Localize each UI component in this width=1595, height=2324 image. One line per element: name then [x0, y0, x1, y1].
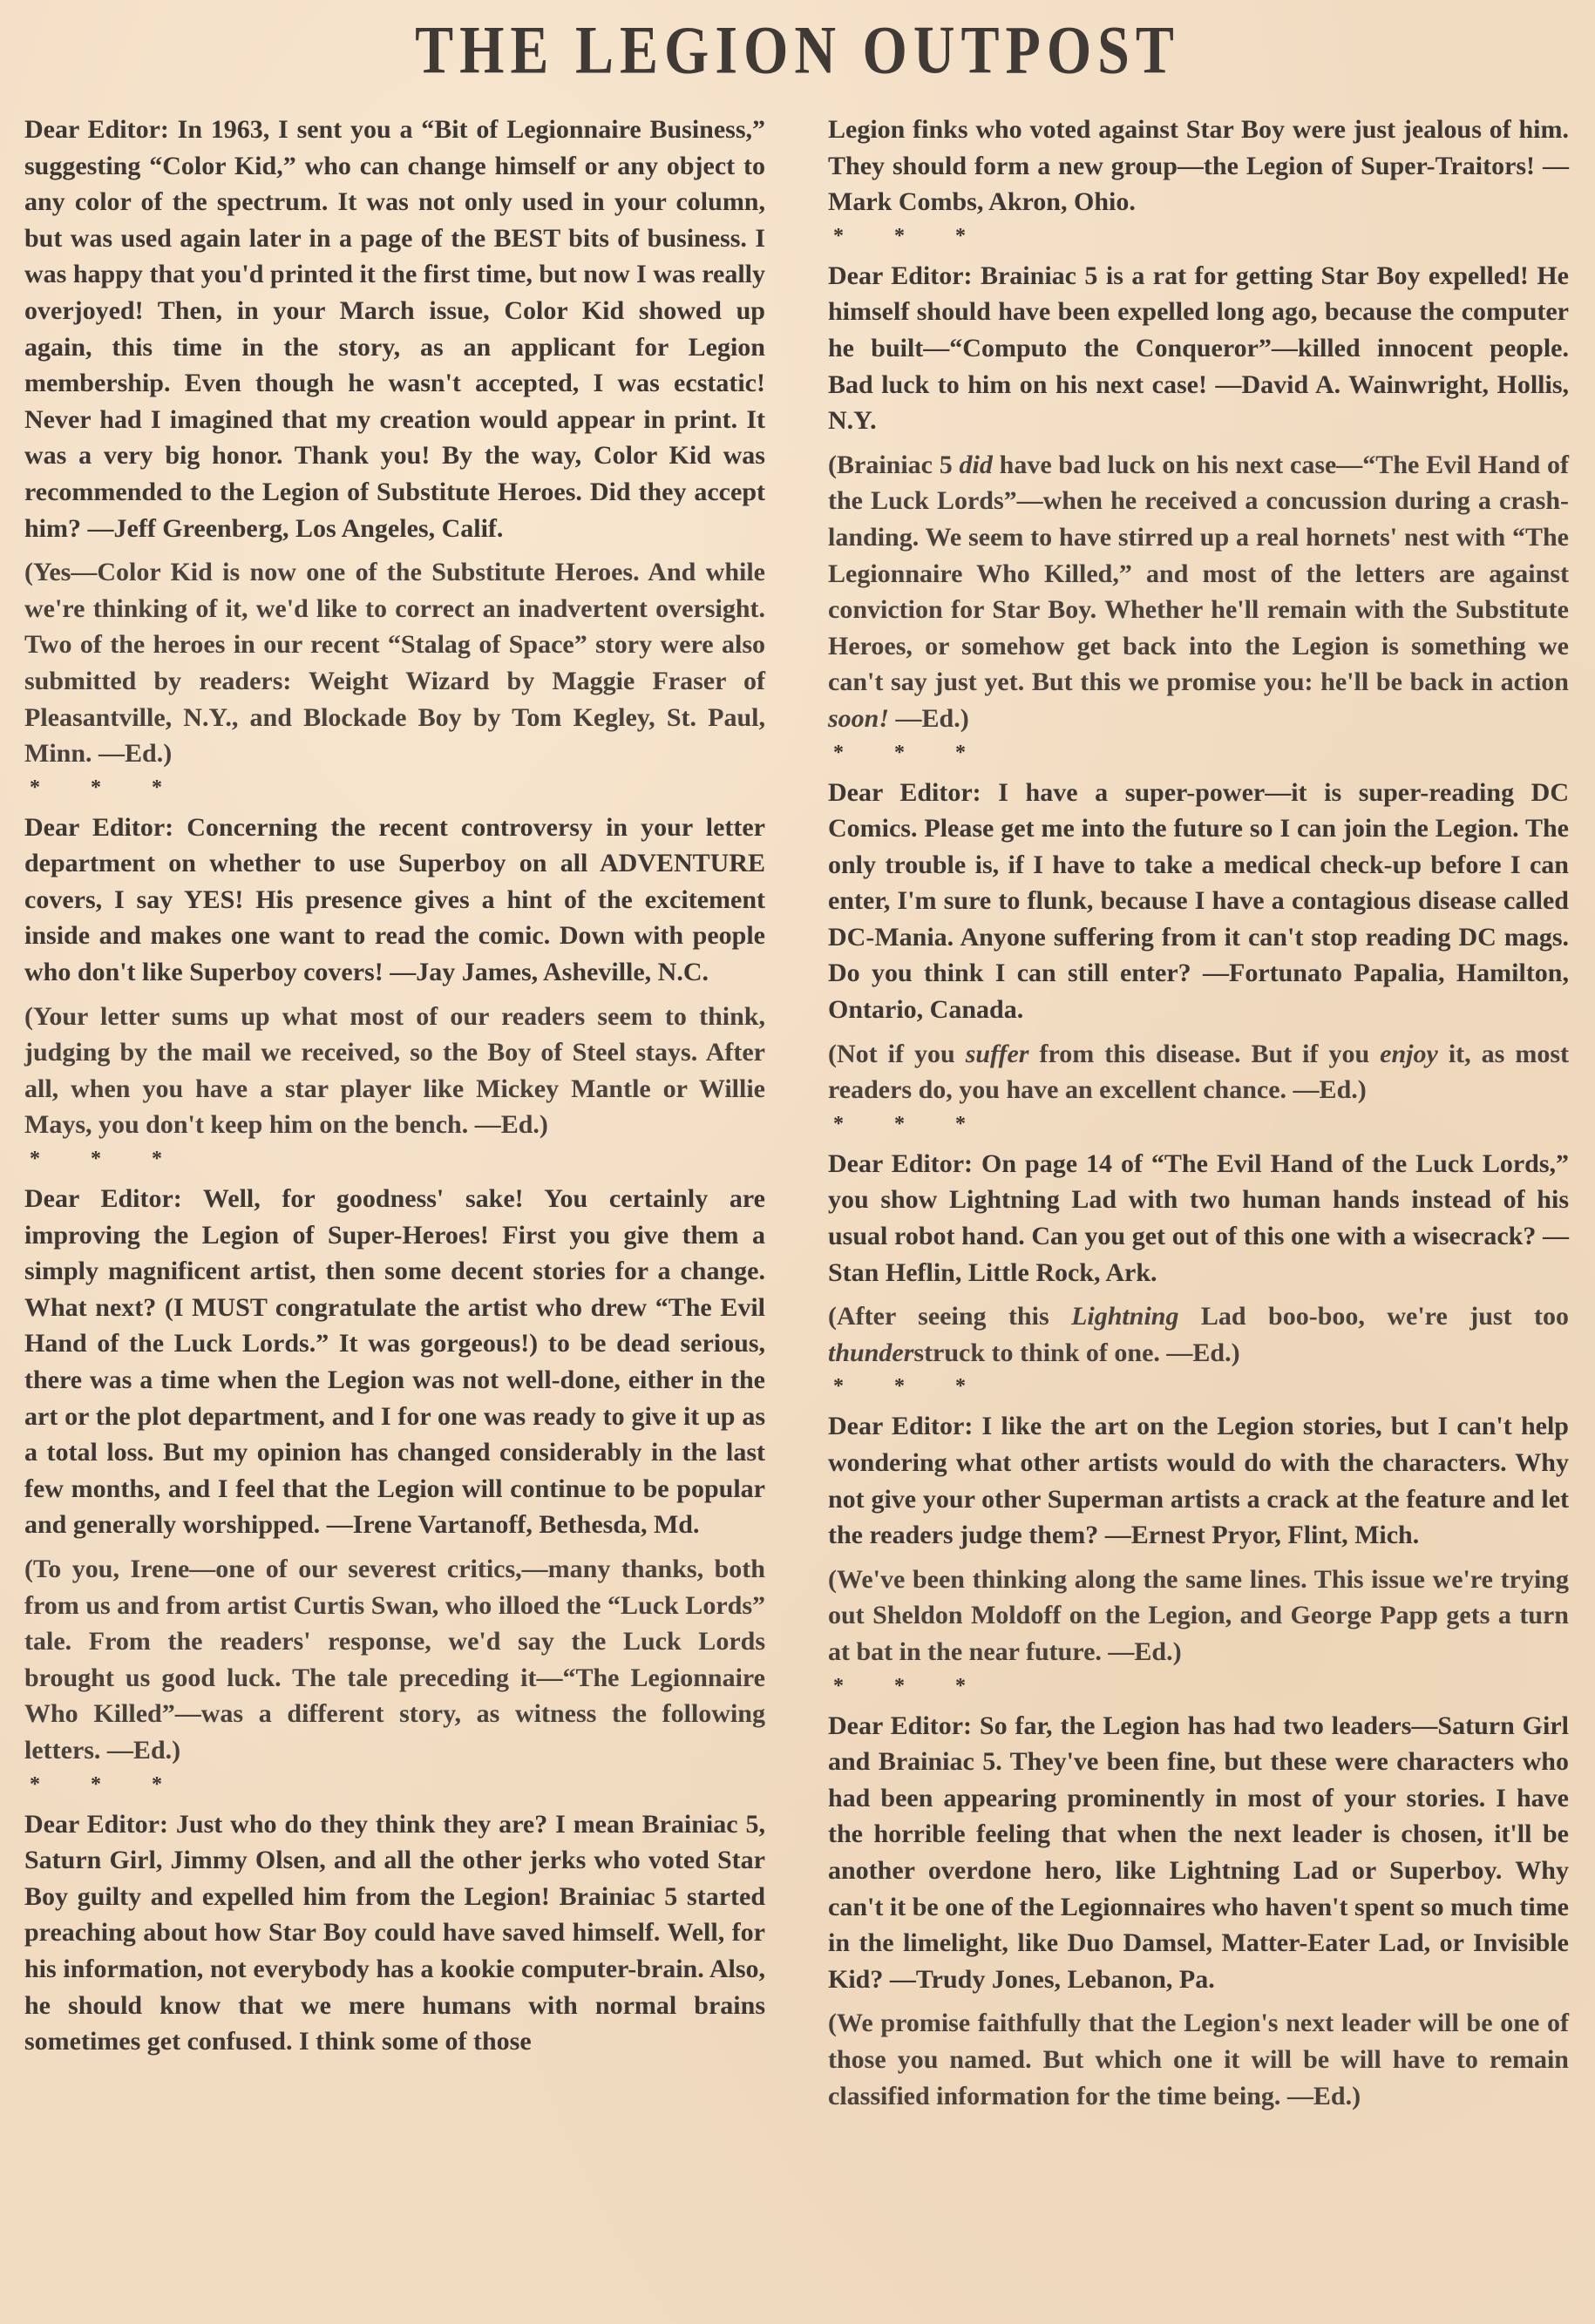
emphasis-text: enjoy	[1380, 1040, 1438, 1068]
emphasis-text: Lightning	[1071, 1302, 1178, 1331]
reader-letter: Dear Editor: Brainiac 5 is a rat for get…	[828, 258, 1569, 439]
body-text: —Ed.)	[889, 704, 969, 733]
body-text: Dear Editor: I have a super-power—it is …	[828, 778, 1569, 1025]
body-text: Dear Editor: Brainiac 5 is a rat for get…	[828, 261, 1569, 435]
section-separator: * * *	[30, 1148, 765, 1170]
body-text: Dear Editor: In 1963, I sent you a “Bit …	[24, 115, 765, 543]
reader-letter: Dear Editor: On page 14 of “The Evil Han…	[828, 1146, 1569, 1291]
editor-reply: (Your letter sums up what most of our re…	[24, 999, 765, 1143]
editor-reply: (Brainiac 5 did have bad luck on his nex…	[828, 447, 1569, 737]
reader-letter: Legion finks who voted against Star Boy …	[828, 112, 1569, 220]
emphasis-text: suffer	[966, 1040, 1029, 1068]
reader-letter: Dear Editor: In 1963, I sent you a “Bit …	[24, 112, 765, 546]
body-text: (Brainiac 5	[828, 451, 960, 479]
body-text: (We promise faithfully that the Legion's…	[828, 2009, 1569, 2110]
body-text: Dear Editor: Concerning the recent contr…	[24, 813, 765, 986]
editor-reply: (To you, Irene—one of our severest criti…	[24, 1551, 765, 1769]
body-text: struck to think of one. —Ed.)	[913, 1338, 1239, 1367]
section-separator: * * *	[30, 776, 765, 799]
right-column: Legion finks who voted against Star Boy …	[828, 112, 1569, 2122]
body-text: (We've been thinking along the same line…	[828, 1565, 1569, 1666]
section-separator: * * *	[30, 1773, 765, 1796]
editor-reply: (We promise faithfully that the Legion's…	[828, 2005, 1569, 2114]
reader-letter: Dear Editor: So far, the Legion has had …	[828, 1708, 1569, 1998]
reader-letter: Dear Editor: I have a super-power—it is …	[828, 775, 1569, 1028]
emphasis-text: soon!	[828, 704, 889, 733]
emphasis-text: thunder	[828, 1338, 913, 1367]
section-separator: * * *	[833, 1113, 1569, 1135]
body-text: have bad luck on his next case—“The Evil…	[828, 451, 1569, 697]
page-title: THE LEGION OUTPOST	[0, 12, 1595, 91]
editor-reply: (We've been thinking along the same line…	[828, 1562, 1569, 1670]
section-separator: * * *	[833, 225, 1569, 247]
body-text: from this disease. But if you	[1028, 1040, 1380, 1068]
section-separator: * * *	[833, 1675, 1569, 1697]
body-text: Lad boo-boo, we're just too	[1178, 1302, 1569, 1331]
reader-letter: Dear Editor: Concerning the recent contr…	[24, 810, 765, 991]
editor-reply: (Not if you suffer from this disease. Bu…	[828, 1036, 1569, 1108]
body-text: (Yes—Color Kid is now one of the Substit…	[24, 558, 765, 768]
body-text: (Your letter sums up what most of our re…	[24, 1002, 765, 1140]
reader-letter: Dear Editor: I like the art on the Legio…	[828, 1408, 1569, 1553]
section-separator: * * *	[833, 742, 1569, 764]
reader-letter: Dear Editor: Just who do they think they…	[24, 1806, 765, 2060]
body-text: (Not if you	[828, 1040, 966, 1068]
body-text: Legion finks who voted against Star Boy …	[828, 115, 1569, 216]
emphasis-text: did	[960, 451, 993, 479]
body-text: (After seeing this	[828, 1302, 1071, 1331]
editor-reply: (Yes—Color Kid is now one of the Substit…	[24, 554, 765, 772]
body-text: Dear Editor: Just who do they think they…	[24, 1810, 765, 2056]
reader-letter: Dear Editor: Well, for goodness' sake! Y…	[24, 1181, 765, 1543]
left-column: Dear Editor: In 1963, I sent you a “Bit …	[24, 112, 765, 2068]
body-text: Dear Editor: I like the art on the Legio…	[828, 1412, 1569, 1549]
body-text: Dear Editor: On page 14 of “The Evil Han…	[828, 1149, 1569, 1287]
body-text: (To you, Irene—one of our severest criti…	[24, 1555, 765, 1765]
editor-reply: (After seeing this Lightning Lad boo-boo…	[828, 1298, 1569, 1371]
section-separator: * * *	[833, 1375, 1569, 1398]
body-text: Dear Editor: So far, the Legion has had …	[828, 1711, 1569, 1994]
body-text: Dear Editor: Well, for goodness' sake! Y…	[24, 1184, 765, 1539]
